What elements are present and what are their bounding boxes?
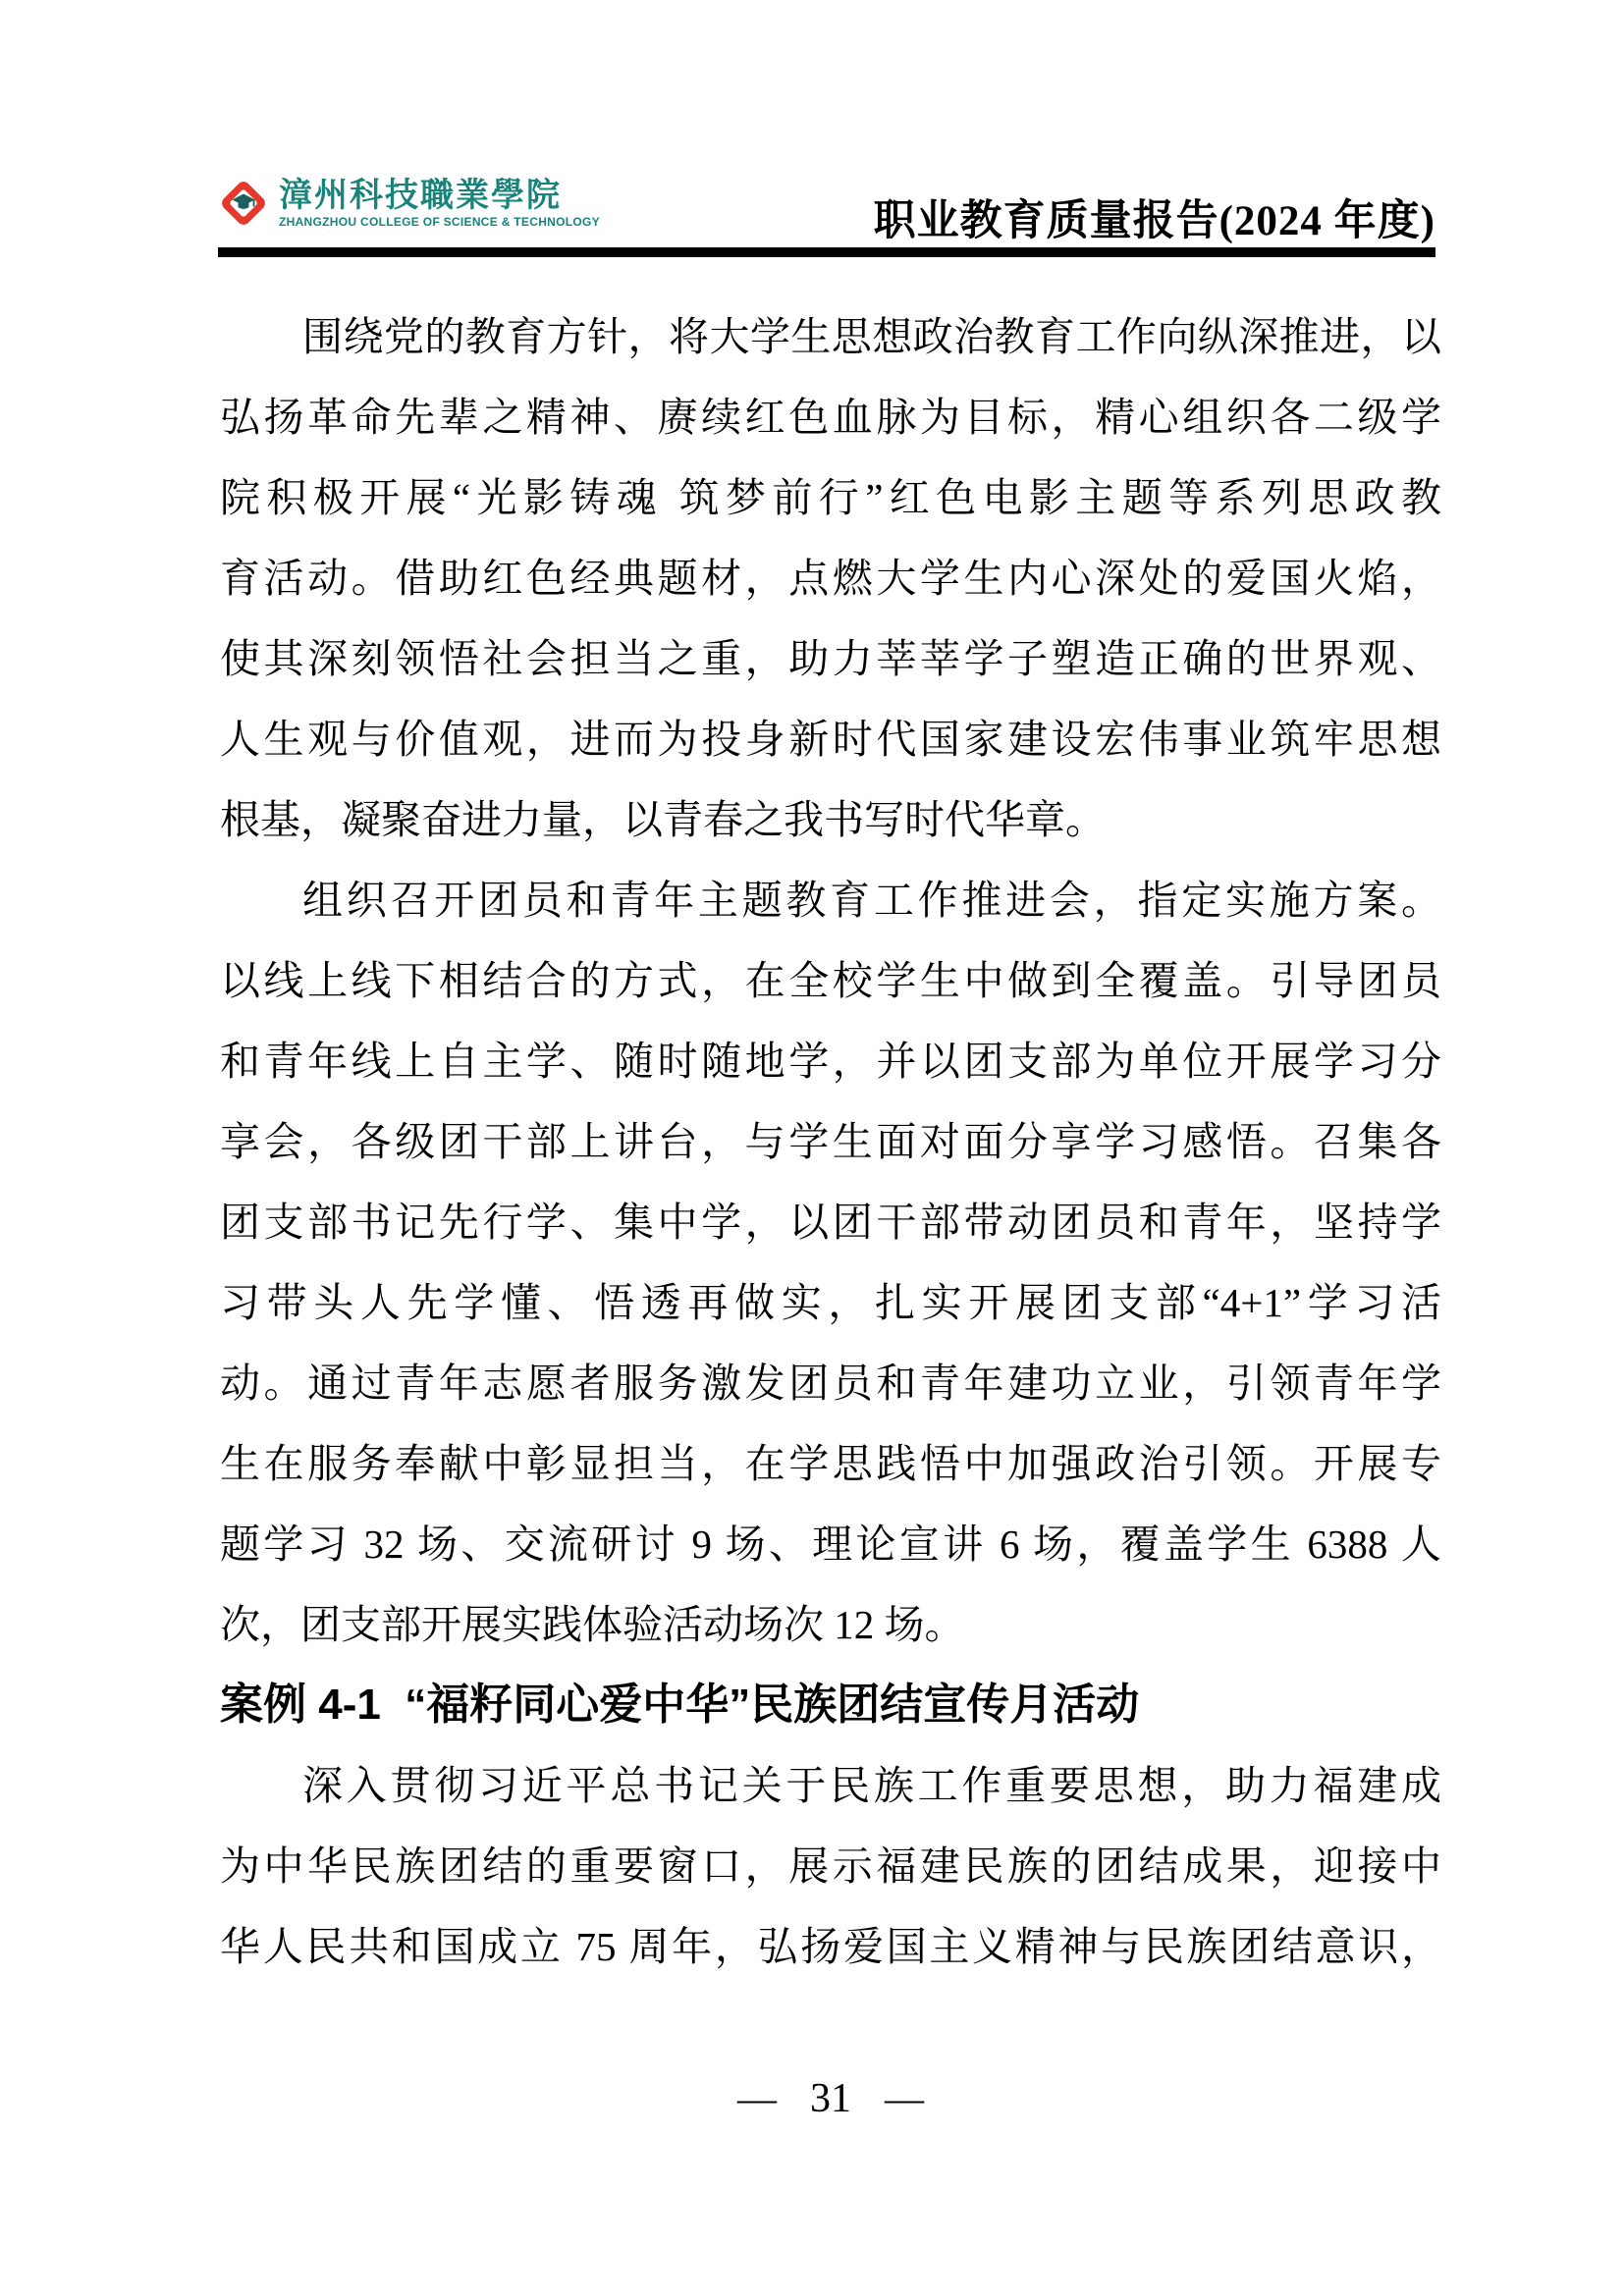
text-line: 人生观与价值观，进而为投身新时代国家建设宏伟事业筑牢思想 [220,699,1441,779]
header-rule [218,247,1435,257]
text-line: 习带头人先学懂、悟透再做实，扎实开展团支部“4+1”学习活 [220,1262,1441,1343]
document-page: 漳州科技職業學院 ZHANGZHOU COLLEGE OF SCIENCE & … [0,0,1624,2296]
text-line: 育活动。借助红色经典题材，点燃大学生内心深处的爱国火焰， [220,538,1441,618]
text-line: 深入贯彻习近平总书记关于民族工作重要思想，助力福建成 [220,1745,1441,1826]
school-name-en: ZHANGZHOU COLLEGE OF SCIENCE & TECHNOLOG… [279,215,600,230]
text-line: 根基，凝聚奋进力量，以青春之我书写时代华章。 [220,779,1441,860]
footer-dash-left: — [737,2069,777,2128]
page-footer: — 31 — [220,2069,1441,2128]
text-line: 次，团支部开展实践体验活动场次 12 场。 [220,1584,1441,1665]
text-line: 院积极开展“光影铸魂 筑梦前行”红色电影主题等系列思政教 [220,457,1441,538]
text-line: 华人民共和国成立 75 周年，弘扬爱国主义精神与民族团结意识， [220,1906,1441,1987]
text-line: 团支部书记先行学、集中学，以团干部带动团员和青年，坚持学 [220,1182,1441,1262]
body-text: 围绕党的教育方针，将大学生思想政治教育工作向纵深推进，以弘扬革命先辈之精神、赓续… [220,296,1441,1987]
text-line: 动。通过青年志愿者服务激发团员和青年建功立业，引领青年学 [220,1343,1441,1423]
school-name-block: 漳州科技職業學院 ZHANGZHOU COLLEGE OF SCIENCE & … [279,178,600,230]
text-line: 围绕党的教育方针，将大学生思想政治教育工作向纵深推进，以 [220,296,1441,377]
text-line: 组织召开团员和青年主题教育工作推进会，指定实施方案。 [220,860,1441,940]
text-line: 以线上线下相结合的方式，在全校学生中做到全覆盖。引导团员 [220,940,1441,1021]
school-name-zh: 漳州科技職業學院 [279,178,600,215]
footer-dash-right: — [885,2069,924,2128]
report-title: 职业教育质量报告(2024 年度) [874,194,1435,249]
paragraph-2: 组织召开团员和青年主题教育工作推进会，指定实施方案。以线上线下相结合的方式，在全… [220,860,1441,1665]
text-line: 使其深刻领悟社会担当之重，助力莘莘学子塑造正确的世界观、 [220,618,1441,699]
text-line: 弘扬革命先辈之精神、赓续红色血脉为目标，精心组织各二级学 [220,377,1441,457]
school-logo: 漳州科技職業學院 ZHANGZHOU COLLEGE OF SCIENCE & … [217,177,600,230]
text-line: 生在服务奉献中彰显担当，在学思践悟中加强政治引领。开展专 [220,1423,1441,1504]
paragraph-3: 深入贯彻习近平总书记关于民族工作重要思想，助力福建成为中华民族团结的重要窗口，展… [220,1745,1441,1987]
text-line: 为中华民族团结的重要窗口，展示福建民族的团结成果，迎接中 [220,1826,1441,1906]
paragraph-1: 围绕党的教育方针，将大学生思想政治教育工作向纵深推进，以弘扬革命先辈之精神、赓续… [220,296,1441,860]
page-number: 31 [810,2069,851,2128]
text-line: 享会，各级团干部上讲台，与学生面对面分享学习感悟。召集各 [220,1101,1441,1182]
text-line: 题学习 32 场、交流研讨 9 场、理论宣讲 6 场，覆盖学生 6388 人 [220,1504,1441,1584]
text-line: 和青年线上自主学、随时随地学，并以团支部为单位开展学习分 [220,1021,1441,1101]
case-heading: 案例 4-1 “福籽同心爱中华”民族团结宣传月活动 [220,1665,1441,1745]
graduation-cap-diamond-icon [217,177,270,230]
